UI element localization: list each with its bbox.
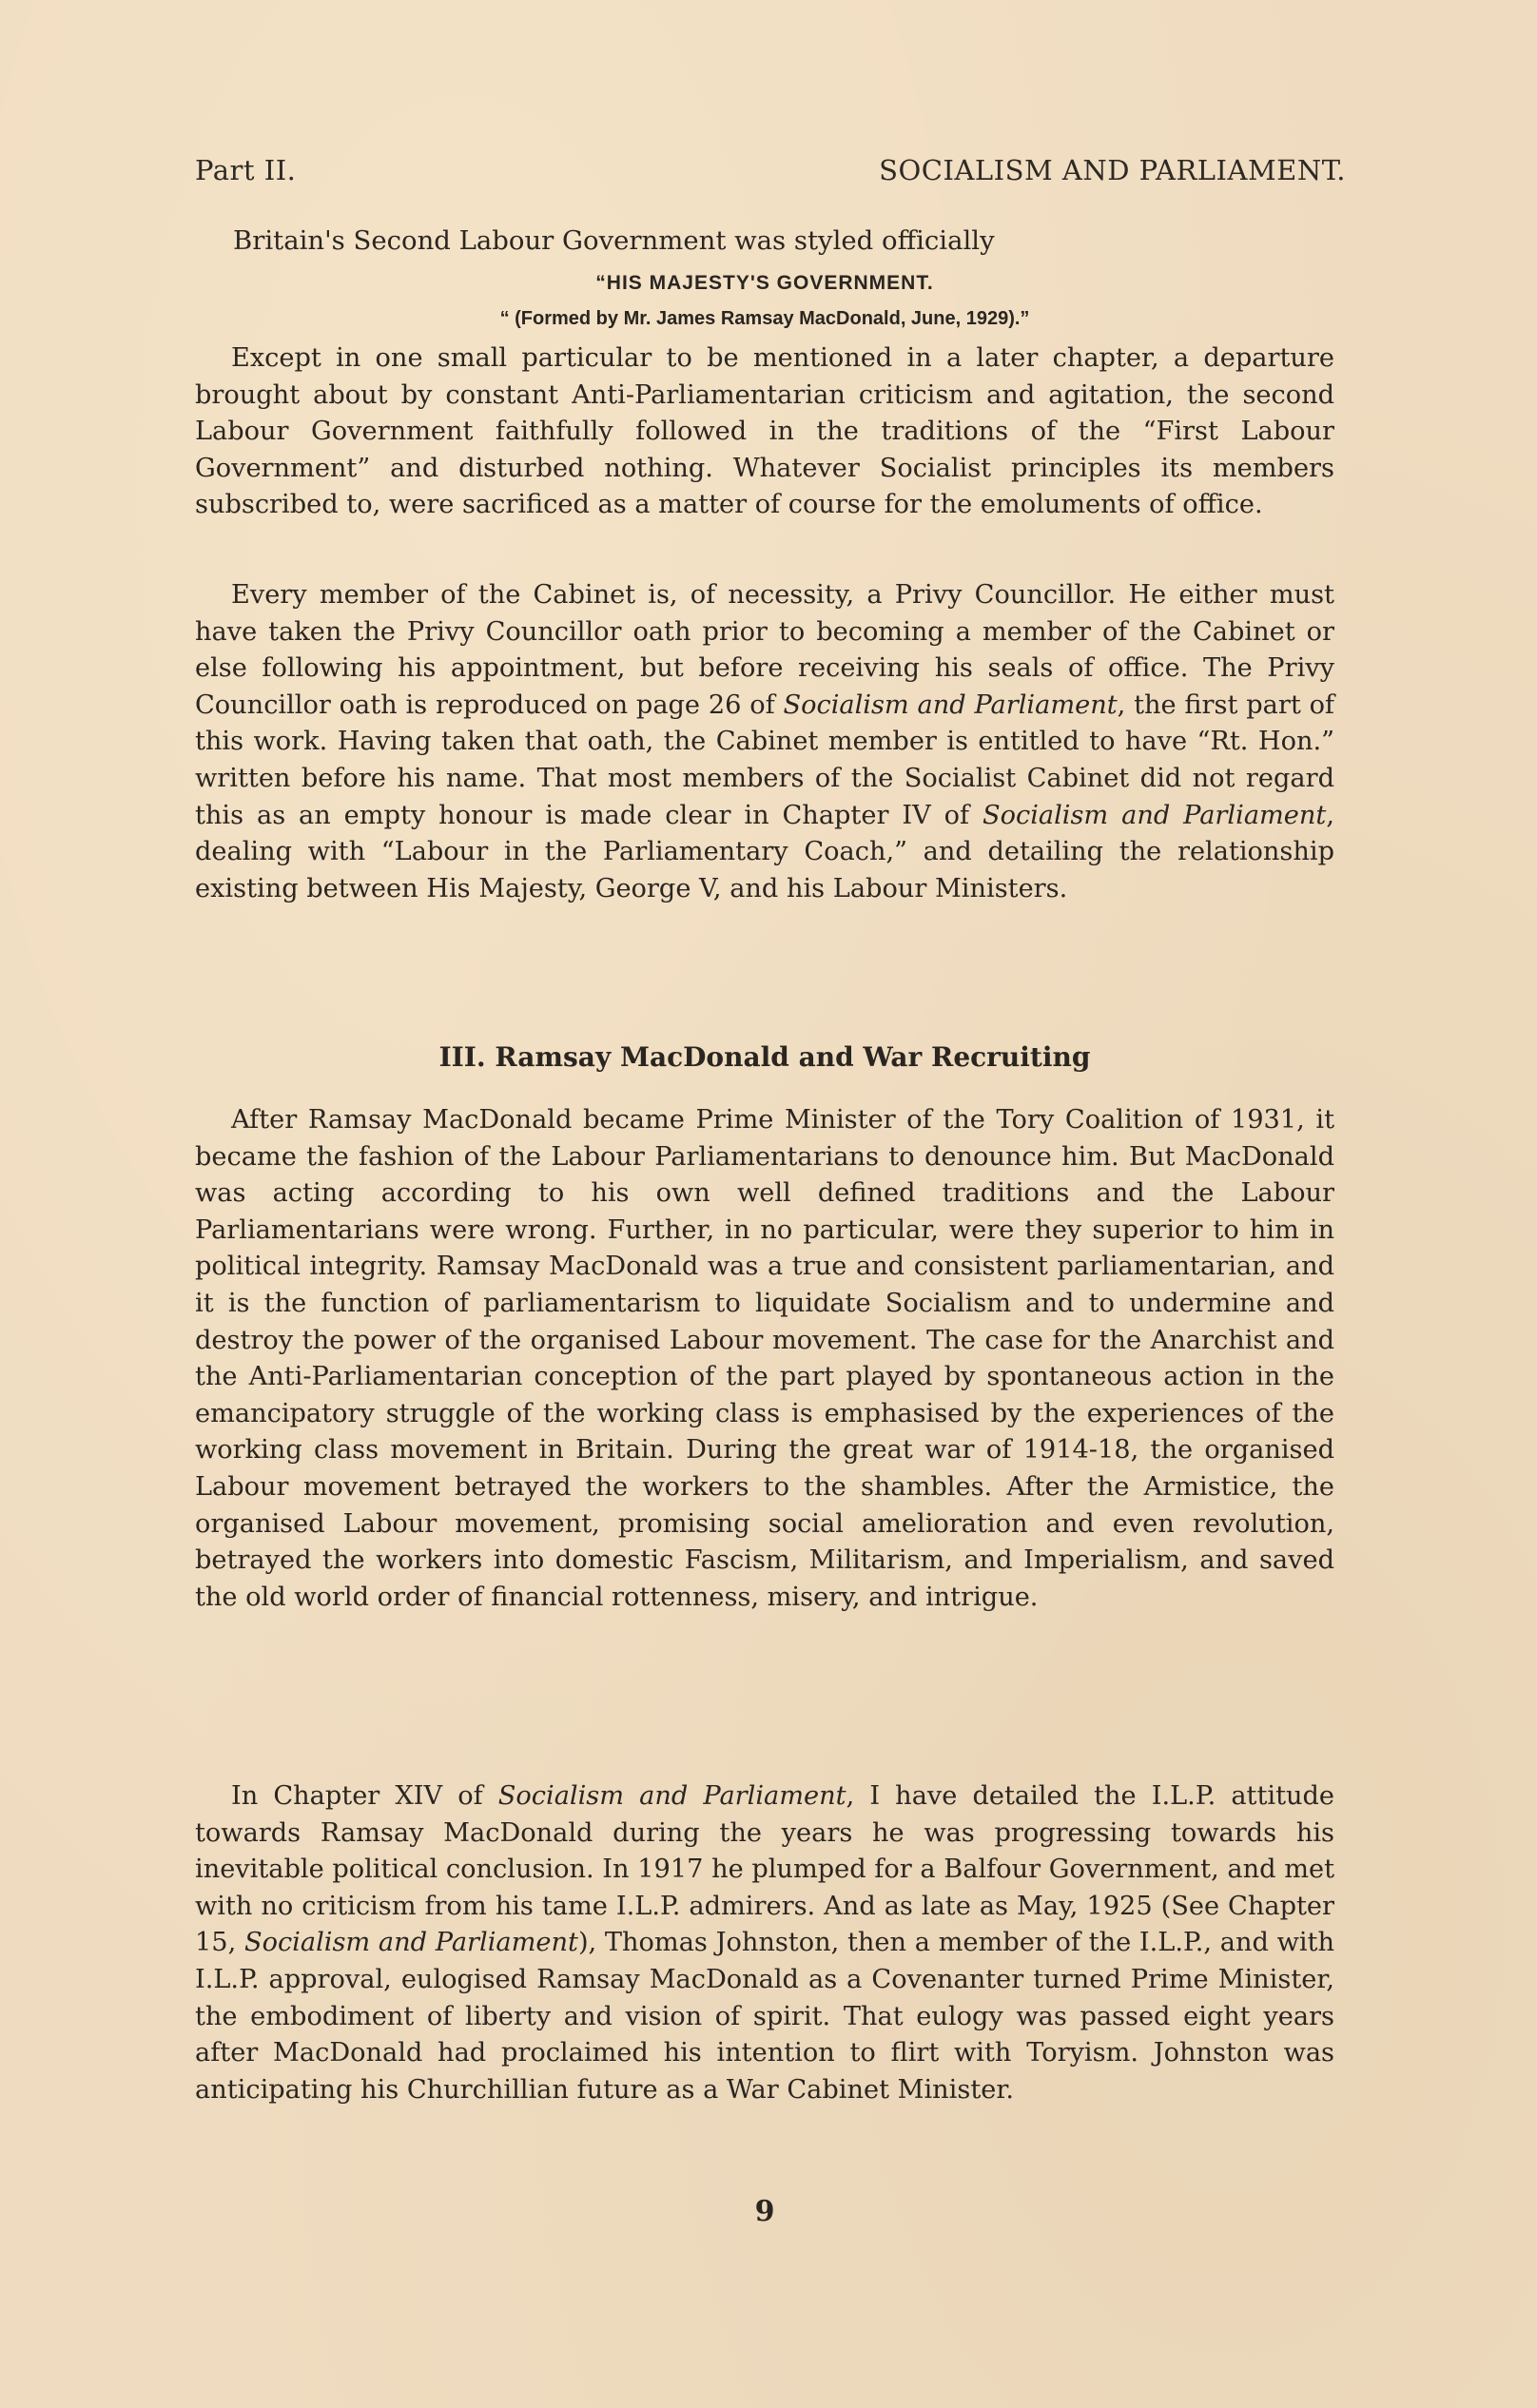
page-number: 9 [195,2195,1334,2228]
intro-line: Britain's Second Labour Government was s… [233,225,995,256]
styled-title-line-1: “HIS MAJESTY'S GOVERNMENT. [195,272,1334,295]
styled-title-line-2: “ (Formed by Mr. James Ramsay MacDonald,… [195,308,1334,330]
book-title-italic: Socialism and Parliament [498,1781,846,1811]
part-label: Part II. [195,154,296,186]
paragraph-4: In Chapter XIV of Socialism and Parliame… [195,1778,1334,2108]
book-title-italic: Socialism and Parliament [983,801,1326,830]
paragraph-1: Except in one small particular to be men… [195,340,1334,524]
book-title: SOCIALISM AND PARLIAMENT. [879,154,1346,186]
section-heading: III. Ramsay MacDonald and War Recruiting [195,1041,1334,1073]
paragraph-4-text-a: In Chapter XIV of [231,1781,498,1811]
book-title-italic: Socialism and Parliament [783,690,1117,720]
running-head: Part II. SOCIALISM AND PARLIAMENT. [195,154,1346,186]
paragraph-3: After Ramsay MacDonald became Prime Mini… [195,1102,1334,1616]
paragraph-2: Every member of the Cabinet is, of neces… [195,577,1334,907]
book-title-italic: Socialism and Parliament [244,1928,578,1957]
